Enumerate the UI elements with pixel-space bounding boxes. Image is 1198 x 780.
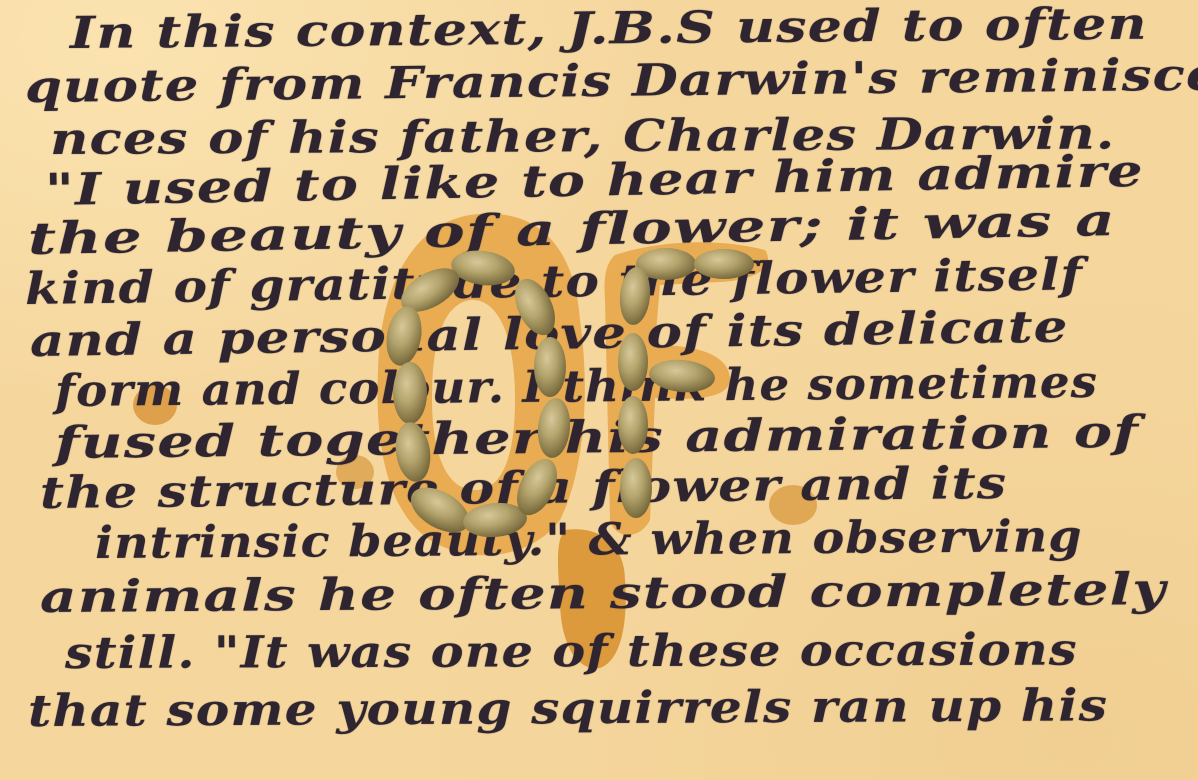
seed-letter-f xyxy=(618,248,754,518)
seed-letter-o xyxy=(382,247,573,542)
handwritten-note: In this context, J.B.S used to often quo… xyxy=(0,0,1198,780)
seed-letters-of xyxy=(0,0,1198,780)
